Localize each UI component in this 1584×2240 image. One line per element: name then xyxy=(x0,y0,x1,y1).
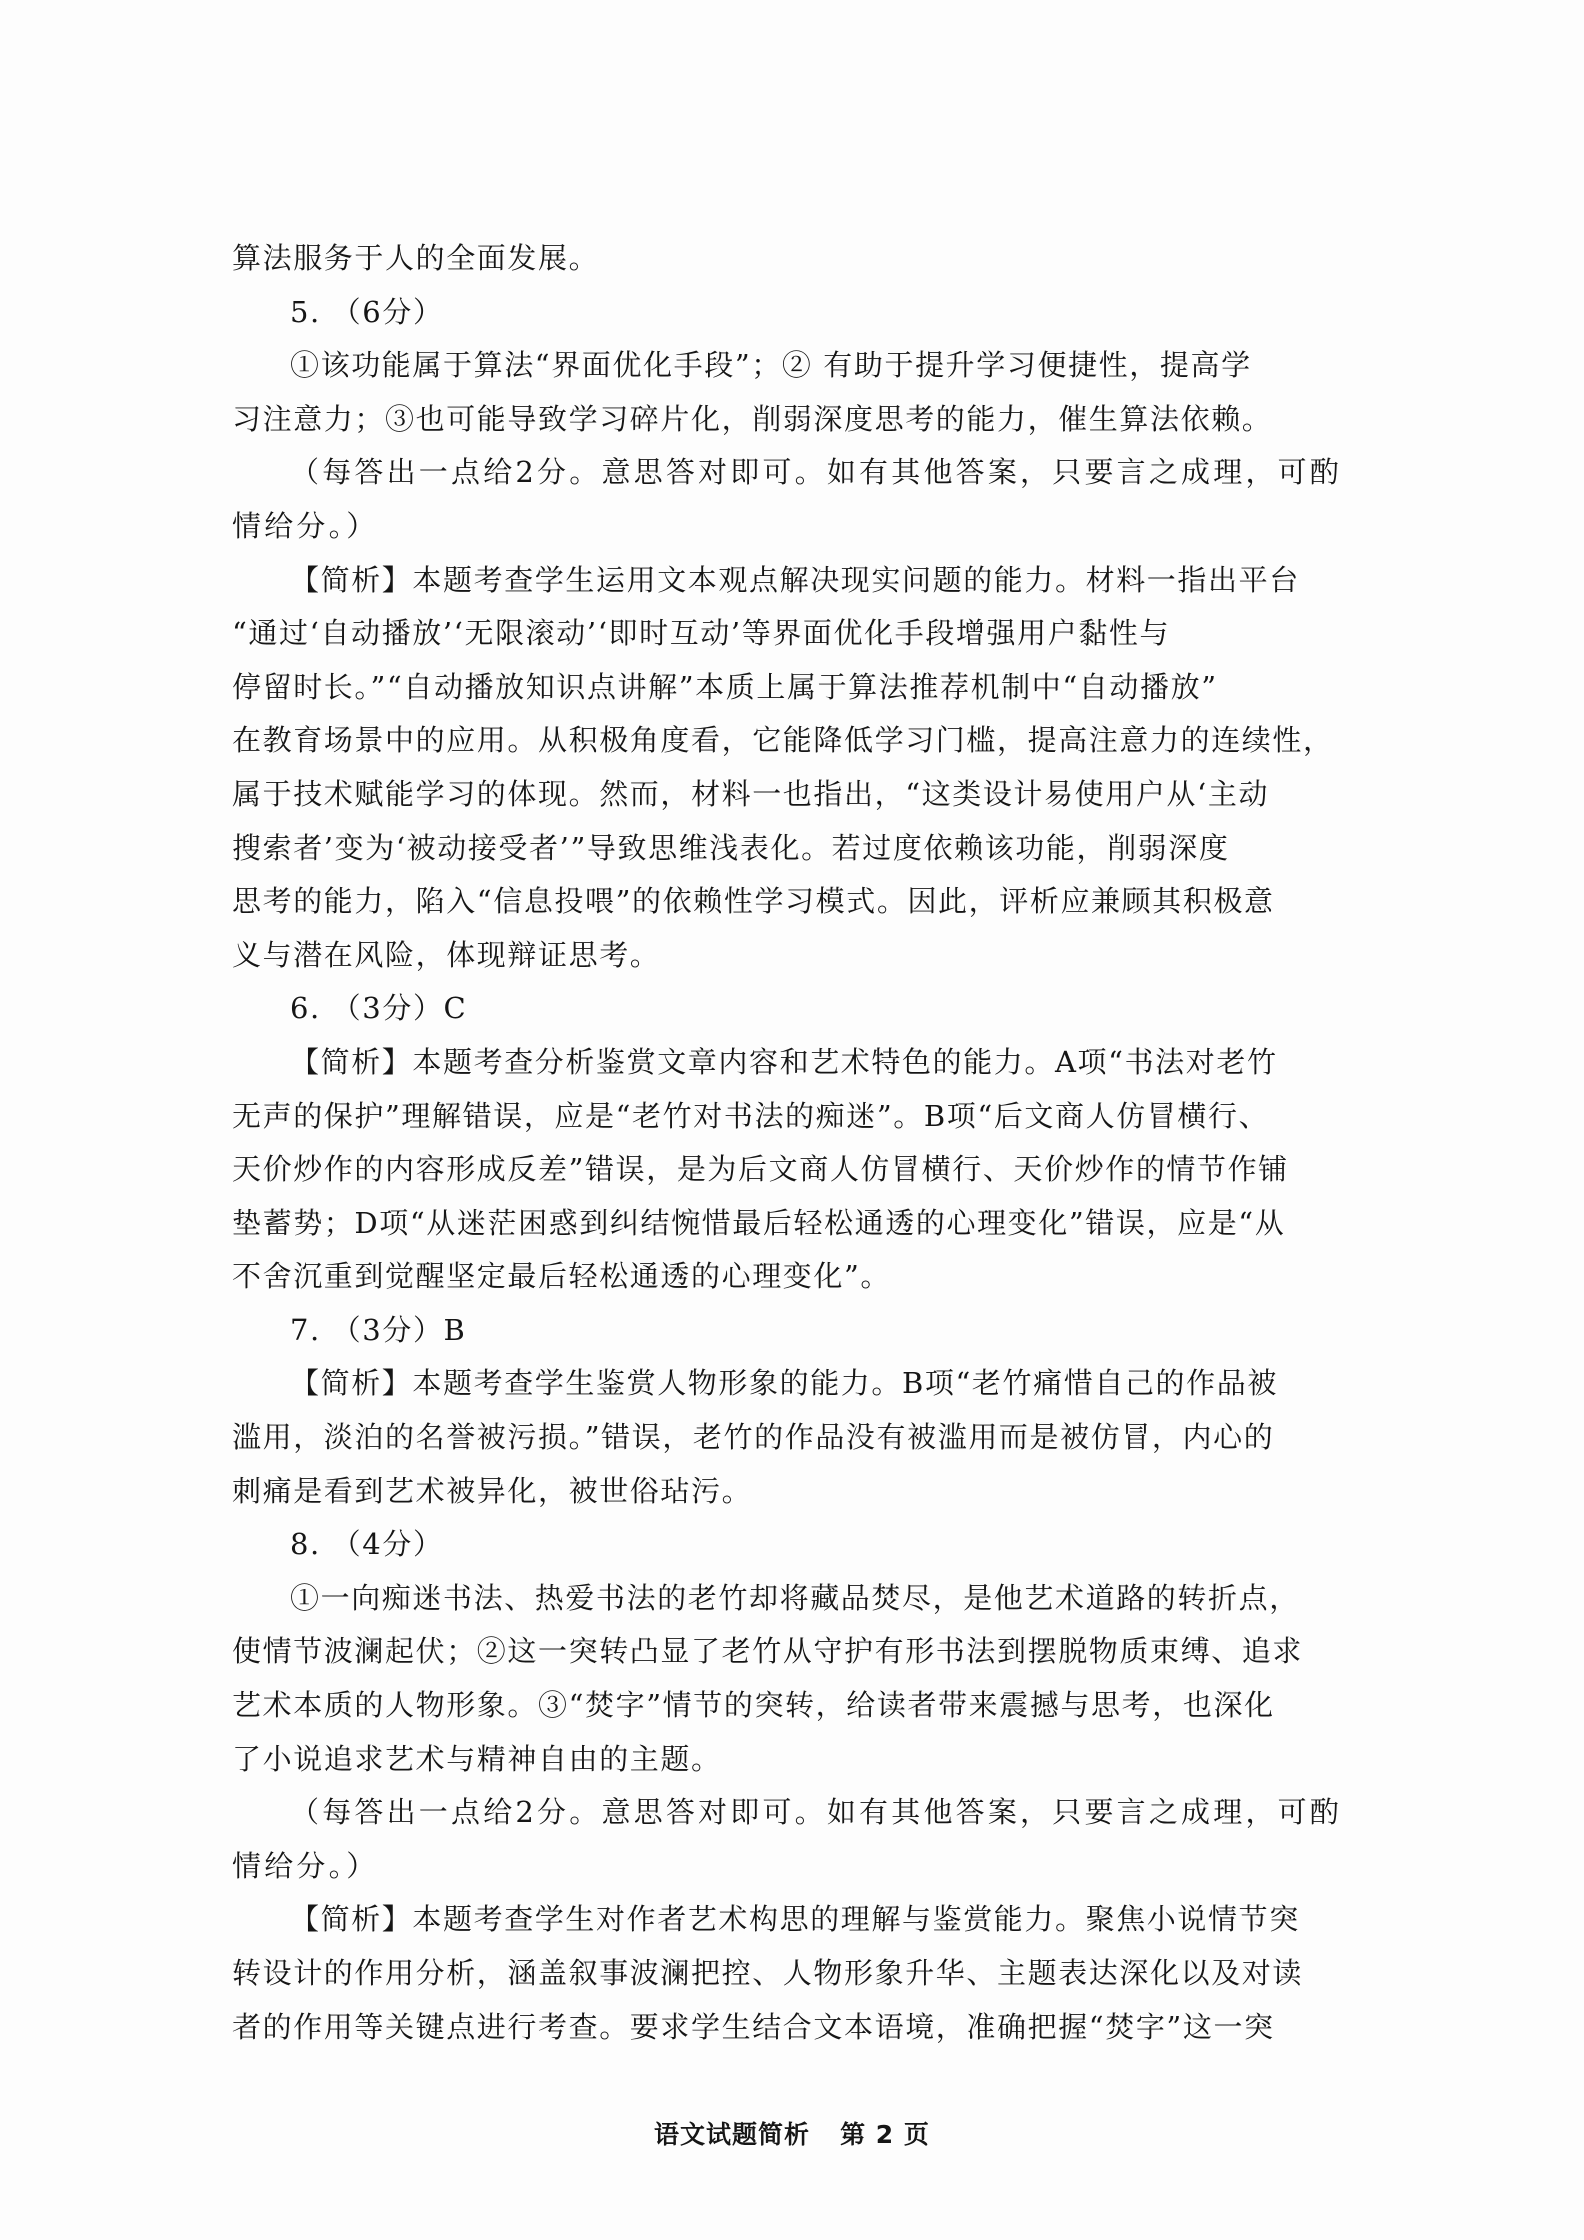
analysis-7-line: 滥用，淡泊的名誉被污损。”错误，老竹的作品没有被滥用而是被仿冒，内心的 xyxy=(232,1411,1352,1465)
document-body: 算法服务于人的全面发展。 5. （6分） ①该功能属于算法“界面优化手段”；② … xyxy=(232,232,1352,2054)
answer-5-line: 习注意力；③也可能导致学习碎片化，削弱深度思考的能力，催生算法依赖。 xyxy=(232,393,1352,447)
analysis-6-line: 【简析】本题考查分析鉴赏文章内容和艺术特色的能力。A项“书法对老竹 xyxy=(232,1036,1352,1090)
footer-page-suffix: 页 xyxy=(904,2120,930,2149)
analysis-8-line: 者的作用等关键点进行考查。要求学生结合文本语境，准确把握“焚字”这一突 xyxy=(232,2001,1352,2055)
analysis-8-line: 【简析】本题考查学生对作者艺术构思的理解与鉴赏能力。聚焦小说情节突 xyxy=(232,1893,1352,1947)
analysis-5-line: 在教育场景中的应用。从积极角度看，它能降低学习门槛，提高注意力的连续性， xyxy=(232,714,1352,768)
analysis-5-line: 停留时长。”“自动播放知识点讲解”本质上属于算法推荐机制中“自动播放” xyxy=(232,661,1352,715)
document-page: 算法服务于人的全面发展。 5. （6分） ①该功能属于算法“界面优化手段”；② … xyxy=(0,0,1584,2240)
scoring-note-5: 情给分。） xyxy=(232,500,1352,554)
analysis-8-line: 转设计的作用分析，涵盖叙事波澜把控、人物形象升华、主题表达深化以及对读 xyxy=(232,1947,1352,2001)
question-8-heading: 8. （4分） xyxy=(232,1518,1352,1572)
analysis-5-line: 属于技术赋能学习的体现。然而，材料一也指出，“这类设计易使用户从‘主动 xyxy=(232,768,1352,822)
answer-8-line: 了小说追求艺术与精神自由的主题。 xyxy=(232,1733,1352,1787)
page-number: 2 xyxy=(876,2120,894,2149)
analysis-5-line: 义与潜在风险，体现辩证思考。 xyxy=(232,929,1352,983)
footer-title: 语文试题简析 xyxy=(654,2120,810,2149)
analysis-6-line: 不舍沉重到觉醒坚定最后轻松通透的心理变化”。 xyxy=(232,1250,1352,1304)
scoring-note-5: （每答出一点给2分。意思答对即可。如有其他答案，只要言之成理，可酌 xyxy=(232,446,1352,500)
answer-5-line: ①该功能属于算法“界面优化手段”；② 有助于提升学习便捷性，提高学 xyxy=(232,339,1352,393)
analysis-7-line: 【简析】本题考查学生鉴赏人物形象的能力。B项“老竹痛惜自己的作品被 xyxy=(232,1357,1352,1411)
analysis-5-line: 【简析】本题考查学生运用文本观点解决现实问题的能力。材料一指出平台 xyxy=(232,554,1352,608)
analysis-6-line: 垫蓄势；D项“从迷茫困惑到纠结惋惜最后轻松通透的心理变化”错误，应是“从 xyxy=(232,1197,1352,1251)
scoring-note-8: 情给分。） xyxy=(232,1840,1352,1894)
scoring-note-8: （每答出一点给2分。意思答对即可。如有其他答案，只要言之成理，可酌 xyxy=(232,1786,1352,1840)
analysis-7-line: 刺痛是看到艺术被异化，被世俗玷污。 xyxy=(232,1465,1352,1519)
analysis-5-line: “通过‘自动播放’‘无限滚动’‘即时互动’等界面优化手段增强用户黏性与 xyxy=(232,607,1352,661)
answer-8-line: 艺术本质的人物形象。③“焚字”情节的突转，给读者带来震撼与思考，也深化 xyxy=(232,1679,1352,1733)
footer-page-prefix: 第 xyxy=(840,2120,866,2149)
answer-8-line: 使情节波澜起伏；②这一突转凸显了老竹从守护有形书法到摆脱物质束缚、追求 xyxy=(232,1625,1352,1679)
analysis-5-line: 搜索者’变为‘被动接受者’”导致思维浅表化。若过度依赖该功能，削弱深度 xyxy=(232,822,1352,876)
analysis-6-line: 无声的保护”理解错误，应是“老竹对书法的痴迷”。B项“后文商人仿冒横行、 xyxy=(232,1090,1352,1144)
analysis-6-line: 天价炒作的内容形成反差”错误，是为后文商人仿冒横行、天价炒作的情节作铺 xyxy=(232,1143,1352,1197)
page-footer: 语文试题简析第 2 页 xyxy=(0,2115,1584,2151)
question-7-heading: 7. （3分）B xyxy=(232,1304,1352,1358)
answer-8-line: ①一向痴迷书法、热爱书法的老竹却将藏品焚尽，是他艺术道路的转折点， xyxy=(232,1572,1352,1626)
analysis-5-line: 思考的能力，陷入“信息投喂”的依赖性学习模式。因此，评析应兼顾其积极意 xyxy=(232,875,1352,929)
text-line: 算法服务于人的全面发展。 xyxy=(232,232,1352,286)
question-6-heading: 6. （3分）C xyxy=(232,982,1352,1036)
question-5-heading: 5. （6分） xyxy=(232,286,1352,340)
